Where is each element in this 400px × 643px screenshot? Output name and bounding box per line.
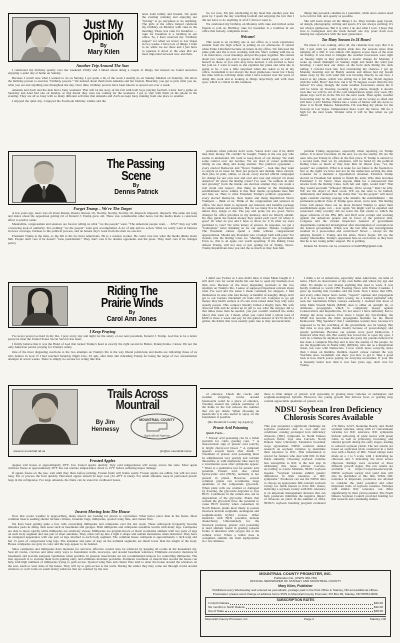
paragraph: * Prussic acid poisoning can be a lethal… <box>202 437 259 544</box>
masthead-box: MOUNTRAIL COUNTY PROMOTER, INC. Publicat… <box>200 570 391 637</box>
rate-row: Out of State$45.00 <box>208 610 383 614</box>
right-bottom-section: of entrance. Check the cracks and weathe… <box>200 393 393 567</box>
prairie-col3: I didn't use Twitter so I sure didn't mi… <box>202 277 294 386</box>
just-my-opinion-header-box: Just My Opinion By Mary Kilen <box>8 13 138 62</box>
passing-contact-line: Dennis M. Patrick can be contacted at bu… <box>300 245 393 248</box>
just-my-opinion-titles: Just My Opinion By Mary Kilen <box>73 17 135 59</box>
mountrail-county-stamp: MOUNTRAIL COUNTY Agricultural Agency <box>130 413 184 440</box>
carol-ann-jones-photo <box>12 286 68 326</box>
opinion-col4: things like personal columns in a journa… <box>300 12 393 146</box>
stamp-text-top: MOUNTRAIL COUNTY <box>139 418 175 422</box>
insects-body: Now that cooler weather is approaching, … <box>8 515 197 637</box>
frosted-apples-body: Apples will freeze at approximately 28°F… <box>8 464 197 508</box>
paragraph: Since centipedes and millipedes have moi… <box>8 548 197 571</box>
opinion-subhead: Another Trip Around The Sun <box>8 63 197 68</box>
prairie-body: I've never prayed so hard in my life. I … <box>8 335 197 383</box>
paragraph: We knew it was coming. After all, the ca… <box>300 44 393 118</box>
column-title-line2: Scene <box>121 171 150 183</box>
column-title-line2: Prairie Winds <box>101 298 163 310</box>
subscription-rates-box: SUBSCRIPTION RATES In North Dakota$40.00… <box>205 597 386 614</box>
dot-leader <box>246 608 373 609</box>
column-title-line2: Opinion <box>83 30 123 42</box>
paragraph: We have been getting quite a few calls c… <box>8 523 197 546</box>
author-name: Carol Ann Jones <box>107 316 157 324</box>
trails-website: www.co.mountrail.nd.us <box>14 449 46 454</box>
paragraph: We celebrated my birthday on Monday with… <box>202 23 294 33</box>
passing-scene-header-box: The Passing Scene By Dennis Patrick <box>8 151 197 205</box>
prussic-intro: there is little danger of prussic acid p… <box>264 393 393 403</box>
paragraph: of entrance. Check the cracks and weathe… <box>202 393 259 420</box>
trails-header-box: Trails Across Mountrail By Jim Hennessy … <box>8 385 197 457</box>
passing-scene-titles: The Passing Scene By Dennis Patrick <box>79 155 194 202</box>
ndsu-headline: NDSU Soybean Iron Deficiency Chlorosis S… <box>264 406 393 423</box>
dennis-patrick-photo <box>12 155 76 203</box>
prairie-winds-header-box: Riding The Prairie Winds By Carol Ann Jo… <box>8 282 197 328</box>
paragraph: I've never prayed so hard in my life. I … <box>8 335 197 342</box>
quick-facts-label: Quick Facts… <box>202 432 259 435</box>
left-column-region: Just My Opinion By Mary Kilen texts from… <box>8 13 197 637</box>
opinion-wrap-text: texts from family and friends. We spent … <box>142 13 197 62</box>
paragraph: This week is an exciting one at our offi… <box>202 41 294 84</box>
opinion-body: I celebrated my birthday quietly over th… <box>8 69 197 149</box>
paragraph: So, for now, I'm just celebrating in my … <box>202 12 294 22</box>
paragraph: I didn't use Twitter so I sure didn't mi… <box>202 277 294 324</box>
ndsu-body: This year presented a significant challe… <box>264 425 393 557</box>
trails-titles: Trails Across Mountrail By Jim Hennessy … <box>81 389 194 446</box>
insects-subhead: Insects Moving Into The House <box>8 509 197 514</box>
passing-col3: positions when policies don't work. Vote… <box>202 150 294 272</box>
paragraph: A few years ago, news was all about Russ… <box>8 212 197 222</box>
frosted-apples-subhead: Frosted Apples <box>8 458 197 463</box>
prairie-winds-titles: Riding The Prairie Winds By Carol Ann Jo… <box>71 286 194 325</box>
paragraph: partisan Trump supporters, especially wh… <box>300 150 393 244</box>
paragraph: Amanda and Zach and the kids had a busy … <box>8 89 197 99</box>
author-name: Dennis Patrick <box>114 189 158 197</box>
passing-col4: partisan Trump supporters, especially wh… <box>300 150 393 272</box>
footer-city: Stanley, ND <box>370 618 386 622</box>
section-divider-rule <box>200 388 393 389</box>
ag-agency-attribution: (the Mountrail County Ag Agency) <box>202 421 259 424</box>
author-name: Mary Kilen <box>88 49 120 57</box>
paragraph: Because I wasn't sure what I wanted to d… <box>8 77 197 87</box>
trails-email: jim@co.mountrail.nd.us <box>160 449 191 454</box>
newspaper-page: Just My Opinion By Mary Kilen texts from… <box>0 0 400 643</box>
opinion-continuation-band: So, for now, I'm just celebrating in my … <box>202 12 393 146</box>
stamp-text-bottom: Agricultural Agency <box>143 433 170 437</box>
opinion-col3: So, for now, I'm just celebrating in my … <box>202 12 294 146</box>
page-number: Page 2 <box>304 618 314 622</box>
prairie-continuation-band: I didn't use Twitter so I sure didn't mi… <box>202 277 393 386</box>
postmaster-line: Postmaster: please send change of addres… <box>205 593 386 597</box>
passing-continuation-band: positions when policies don't work. Vote… <box>202 150 393 272</box>
masthead-footer-row: Mountrail County Promoter, Inc. Page 2 S… <box>205 616 386 622</box>
paragraph: She will learn about all the things I do… <box>300 20 393 37</box>
column-title-line2: Mountrail <box>88 400 185 412</box>
paragraph: I think a lot of Americans, especially o… <box>300 277 393 367</box>
paragraph: Apples will freeze at approximately 28°F… <box>8 464 197 471</box>
paragraph: I firmly believe that it was the Hand of… <box>8 343 197 350</box>
byline-by: By Jim Hennessy <box>91 419 119 433</box>
dot-leader <box>230 604 373 605</box>
trails-contact-row: www.co.mountrail.nd.us jim@co.mountrail.… <box>12 448 194 454</box>
paragraph: things like personal columns in a journa… <box>300 12 393 19</box>
paragraph: If apples freeze on the tree, wait until… <box>8 472 197 482</box>
jim-hennessy-photo <box>12 389 78 445</box>
footer-paper-name: Mountrail County Promoter, Inc. <box>205 618 249 622</box>
paragraph: I celebrated my birthday quietly over th… <box>8 69 197 76</box>
passing-subhead: Forget Trump – We're The Target <box>8 206 197 211</box>
ndsu-article: there is little danger of prussic acid p… <box>264 393 393 567</box>
passing-body: A few years ago, news was all about Russ… <box>8 212 197 280</box>
mary-kilen-photo <box>12 17 70 61</box>
prairie-col4: I think a lot of Americans, especially o… <box>300 277 393 386</box>
paragraph: Now that cooler weather is approaching, … <box>8 515 197 522</box>
paragraph: President Trump is the man, so the bill … <box>8 235 197 245</box>
dot-leader <box>225 611 373 612</box>
ag-agency-column: of entrance. Check the cracks and weathe… <box>202 393 259 567</box>
paragraph: I enjoyed the quiet day. I enjoyed the F… <box>8 100 197 103</box>
paragraph: Meanwhile, congressmen and senators are … <box>8 223 197 233</box>
paragraph: positions when policies don't work. Vote… <box>202 150 294 250</box>
paragraph: One of the most disgusting reactions to … <box>8 351 197 361</box>
prairie-subhead: I Keep Praying <box>8 329 197 334</box>
